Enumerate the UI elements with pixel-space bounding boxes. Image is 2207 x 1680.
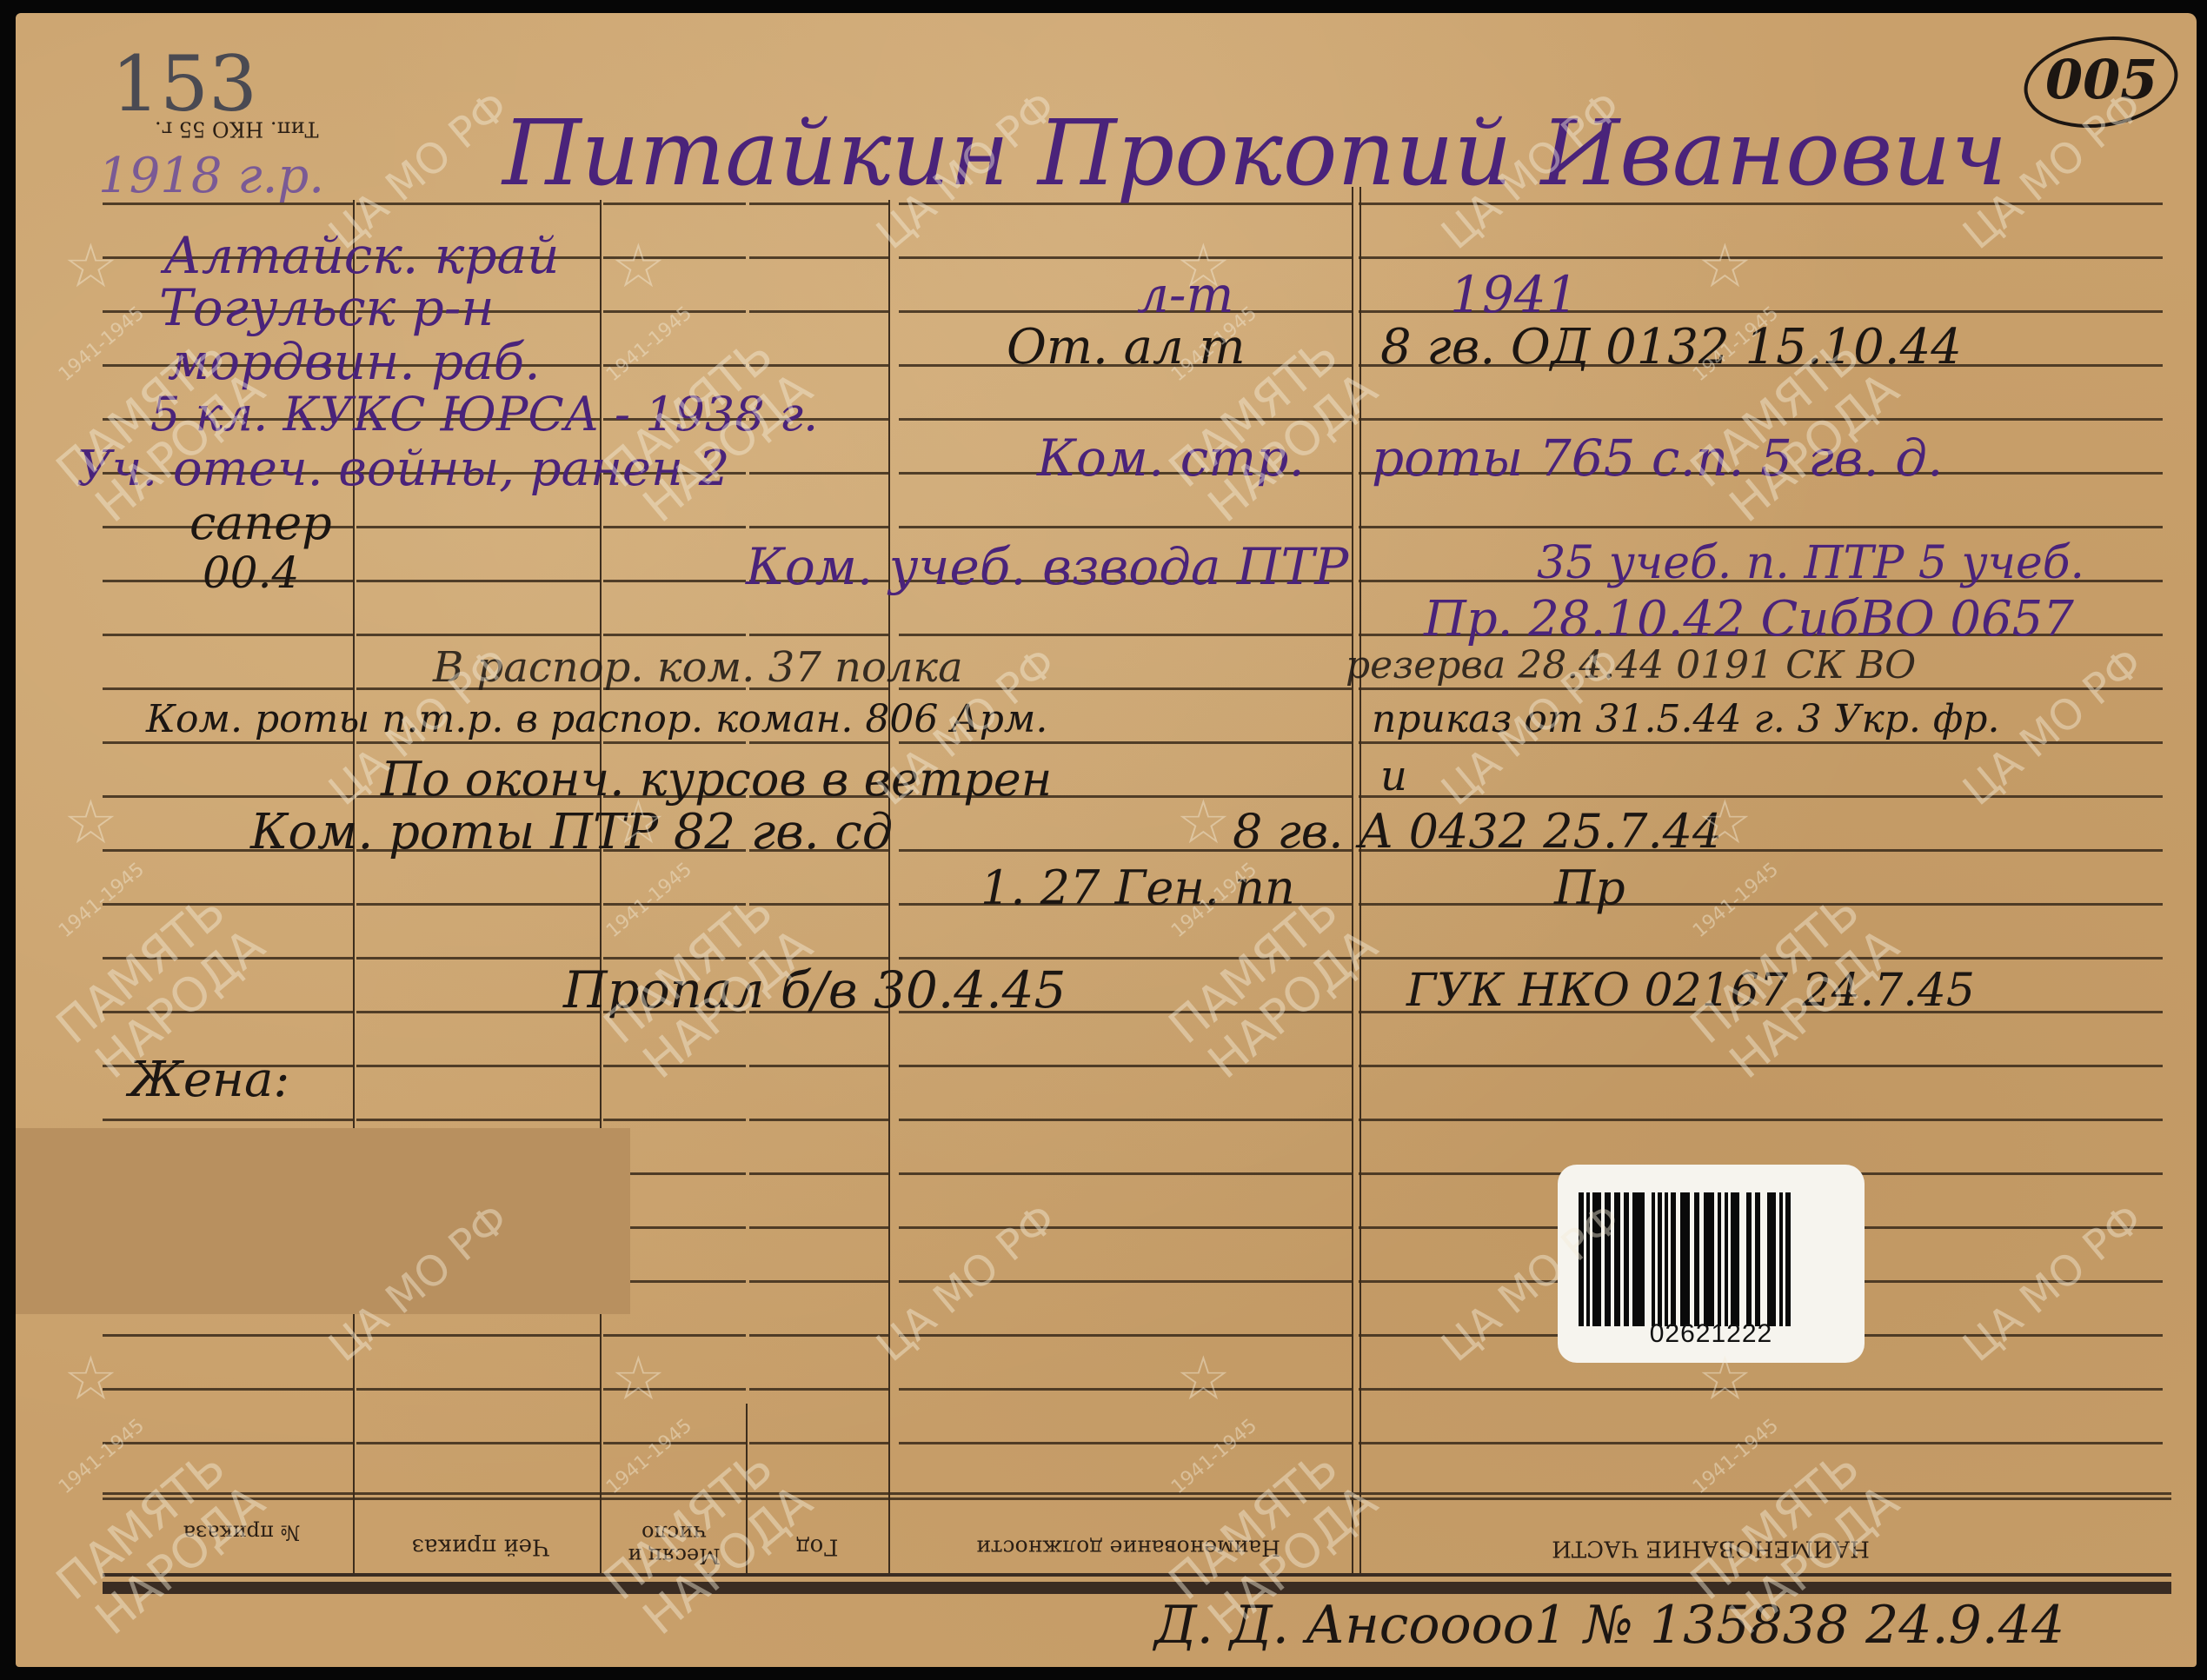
header-position: Наименование должности — [902, 1536, 1354, 1560]
barcode-bar — [1605, 1192, 1611, 1326]
ruled-line — [103, 687, 353, 690]
watermark-archive: ЦА МО РФ — [1954, 1194, 2152, 1371]
ruled-line — [356, 1119, 600, 1121]
entry-unit: приказ от 31.5.44 г. 3 Укр. фр. — [1372, 697, 1999, 741]
barcode-bar — [1767, 1192, 1776, 1326]
ruled-line — [1359, 903, 2163, 906]
ruled-line — [749, 741, 888, 744]
service-year: 1941 — [1450, 265, 1579, 324]
full-name: Питайкин Прокопий Иванович — [502, 100, 2007, 206]
barcode-bar — [1614, 1192, 1620, 1326]
rank: л-т — [1137, 265, 1234, 324]
specialty: сапер — [189, 495, 332, 550]
entry-position: Ком. роты п.т.р. в распор. коман. 806 Ар… — [146, 697, 1047, 741]
barcode-space — [1739, 1192, 1746, 1326]
watermark-star-icon: ☆ — [1698, 230, 1752, 302]
ruled-line — [603, 1334, 746, 1337]
watermark-years: 1941-1945 — [55, 302, 149, 386]
ruled-line — [899, 1119, 1352, 1121]
watermark-project: ПАМЯТЬ — [46, 883, 236, 1054]
watermark-years: 1941-1945 — [602, 302, 696, 386]
watermark-years: 1941-1945 — [1167, 1415, 1261, 1498]
ruled-line — [899, 1442, 1352, 1444]
barcode-bar — [1704, 1192, 1714, 1326]
ruled-line — [749, 1172, 888, 1175]
ruled-line — [103, 903, 353, 906]
entry-position: По оконч. курсов в ветрен — [381, 752, 1052, 807]
entry-unit: Пр — [1554, 860, 1625, 915]
watermark-years: 1941-1945 — [602, 859, 696, 942]
entry-unit: ГУК НКО 02167 24.7.45 — [1406, 965, 1975, 1017]
entry-unit: Пр. 28.10.42 СибВО 0657 — [1424, 591, 2074, 647]
column-divider — [888, 200, 890, 1573]
ruled-line — [749, 256, 888, 259]
ruled-line — [749, 364, 888, 367]
barcode-bar — [1592, 1192, 1601, 1326]
ruled-line — [749, 903, 888, 906]
ruled-line — [899, 1226, 1352, 1229]
ruled-line — [103, 741, 353, 744]
entry-unit: роты 765 с.п. 5 гв. д. — [1372, 428, 1943, 488]
header-top-rule — [103, 1497, 2171, 1500]
ruled-line — [603, 903, 746, 906]
specialty-code: 00.4 — [203, 548, 299, 598]
header-order-number: № приказа — [146, 1521, 337, 1544]
ruled-line — [603, 310, 746, 313]
entry-unit: 35 учеб. п. ПТР 5 учеб. — [1537, 537, 2084, 589]
ruled-line — [899, 957, 1352, 960]
birth-region: Алтайск. край — [163, 226, 559, 285]
birth-year: 1918 г.р. — [98, 148, 324, 204]
barcode-label: 02621222 — [1558, 1165, 1865, 1363]
entry-unit: 8 гв. ОД 0132 15.10.44 — [1380, 319, 1962, 375]
barcode-bar — [1680, 1192, 1690, 1326]
ruled-line — [749, 310, 888, 313]
barcode-bars — [1579, 1192, 1845, 1326]
ruled-line — [1359, 687, 2163, 690]
ruled-line — [1359, 795, 2163, 798]
ruled-line — [356, 1065, 600, 1067]
nationality-social: мордвин. раб. — [168, 332, 541, 391]
watermark-archive: ЦА МО РФ — [868, 1194, 1066, 1371]
watermark-star-icon: ☆ — [1176, 1343, 1231, 1414]
ruled-line — [356, 903, 600, 906]
circled-number: 005 — [2045, 48, 2157, 111]
ruled-line — [899, 1172, 1352, 1175]
ruled-line — [103, 1011, 353, 1013]
ruled-line — [603, 634, 746, 636]
ruled-line — [1359, 957, 2163, 960]
ruled-line — [603, 580, 746, 582]
ruled-line — [1359, 526, 2163, 528]
ruled-line — [603, 256, 746, 259]
ruled-line — [749, 1334, 888, 1337]
war-participation: Уч. отеч. войны, ранен 2 — [76, 441, 729, 497]
ruled-line — [1359, 741, 2163, 744]
header-month-day: Месяц и число — [607, 1521, 741, 1567]
ruled-line — [603, 1442, 746, 1444]
entry-position: Пропал б/в 30.4.45 — [563, 960, 1066, 1019]
ruled-line — [1359, 1119, 2163, 1121]
ruled-line — [356, 1334, 600, 1337]
column-divider — [1352, 187, 1353, 1573]
ruled-line — [103, 1119, 353, 1121]
ruled-line — [103, 795, 353, 798]
ruled-line — [356, 526, 600, 528]
entry-unit: и — [1380, 752, 1407, 800]
entry-position: Ком. учеб. взвода ПТР — [746, 537, 1348, 596]
watermark-star-icon: ☆ — [63, 1343, 118, 1414]
entry-unit: 8 гв. А 0432 25.7.44 — [1233, 804, 1722, 859]
column-divider — [1359, 187, 1361, 1573]
ruled-line — [899, 1280, 1352, 1283]
entry-position: В распор. ком. 37 полка — [433, 643, 963, 692]
barcode-space — [1760, 1192, 1767, 1326]
barcode-bar — [1731, 1192, 1739, 1326]
ruled-line — [1359, 256, 2163, 259]
ruled-line — [603, 364, 746, 367]
bottom-thick-rule — [103, 1582, 2171, 1594]
ruled-line — [603, 741, 746, 744]
header-year: Год — [748, 1534, 887, 1559]
family-label: Жена: — [129, 1052, 289, 1108]
ruled-line — [749, 634, 888, 636]
ruled-line — [749, 1442, 888, 1444]
birth-district: Тогульск р-н — [159, 278, 495, 337]
watermark-years: 1941-1945 — [602, 1415, 696, 1498]
ruled-line — [356, 741, 600, 744]
ruled-line — [103, 957, 353, 960]
ruled-line — [899, 526, 1352, 528]
ruled-line — [899, 418, 1352, 421]
ruled-line — [1359, 1388, 2163, 1391]
ruled-line — [603, 1388, 746, 1391]
header-bottom-rule — [103, 1573, 2171, 1577]
ruled-line — [603, 1119, 746, 1121]
ruled-line — [103, 634, 353, 636]
ruled-line — [749, 1065, 888, 1067]
ruled-line — [103, 1388, 353, 1391]
ruled-line — [749, 957, 888, 960]
barcode-bar — [1632, 1192, 1645, 1326]
ruled-line — [356, 580, 600, 582]
redacted-area — [16, 1128, 630, 1314]
watermark-star-icon: ☆ — [63, 230, 118, 302]
ruled-line — [899, 256, 1352, 259]
watermark-star-icon: ☆ — [611, 230, 666, 302]
ruled-line — [103, 1442, 353, 1444]
ruled-line — [356, 1442, 600, 1444]
ruled-line — [1359, 1065, 2163, 1067]
ruled-line — [356, 634, 600, 636]
ruled-line — [899, 1065, 1352, 1067]
ruled-line — [899, 634, 1352, 636]
watermark-years: 1941-1945 — [1689, 1415, 1783, 1498]
ruled-line — [899, 310, 1352, 313]
barcode-space — [1645, 1192, 1652, 1326]
ruled-line — [899, 687, 1352, 690]
header-unit: НАИМЕНОВАНИЕ ЧАСТИ — [1372, 1536, 2050, 1561]
ruled-line — [603, 1065, 746, 1067]
ruled-line — [749, 1280, 888, 1283]
ruled-line — [356, 1388, 600, 1391]
barcode-bar — [1785, 1192, 1791, 1326]
barcode-number: 02621222 — [1558, 1319, 1865, 1349]
entry-position: 1. 27 Ген. пп — [981, 860, 1295, 915]
watermark-years: 1941-1945 — [55, 1415, 149, 1498]
entry-position: Ком. стр. — [1037, 428, 1305, 488]
ruled-line — [749, 1226, 888, 1229]
ruled-line — [899, 741, 1352, 744]
ruled-line — [749, 472, 888, 475]
watermark-years: 1941-1945 — [55, 859, 149, 942]
ruled-line — [103, 1334, 353, 1337]
education: 5 кл. КУКС ЮРСА - 1938 г. — [150, 387, 818, 442]
ruled-line — [1359, 1442, 2163, 1444]
watermark-star-icon: ☆ — [611, 1343, 666, 1414]
ruled-line — [749, 1119, 888, 1121]
header-order-source: Чей приказ — [363, 1534, 598, 1559]
ruled-line — [749, 1388, 888, 1391]
ruled-line — [1359, 418, 2163, 421]
archive-number: 153 — [111, 39, 257, 129]
ruled-line — [899, 1334, 1352, 1337]
entry-position: От. ал т — [1007, 319, 1246, 375]
ruled-line — [356, 957, 600, 960]
entry-position: Ком. роты ПТР 82 гв. сд — [250, 804, 893, 860]
watermark-years: 1941-1945 — [1689, 859, 1783, 942]
record-card: Тип. НКО 55 г. 153 005 Питайкин Прокопий… — [16, 13, 2197, 1667]
entry-unit: резерва 28.4.44 0191 СК ВО — [1346, 643, 1916, 687]
bottom-note: Д. Д. Ансоооо1 № 135838 24.9.44 — [1154, 1595, 2064, 1656]
ruled-line — [603, 526, 746, 528]
ruled-line — [603, 957, 746, 960]
ruled-line — [899, 1388, 1352, 1391]
header-top-rule — [103, 1492, 2171, 1495]
ruled-line — [749, 526, 888, 528]
